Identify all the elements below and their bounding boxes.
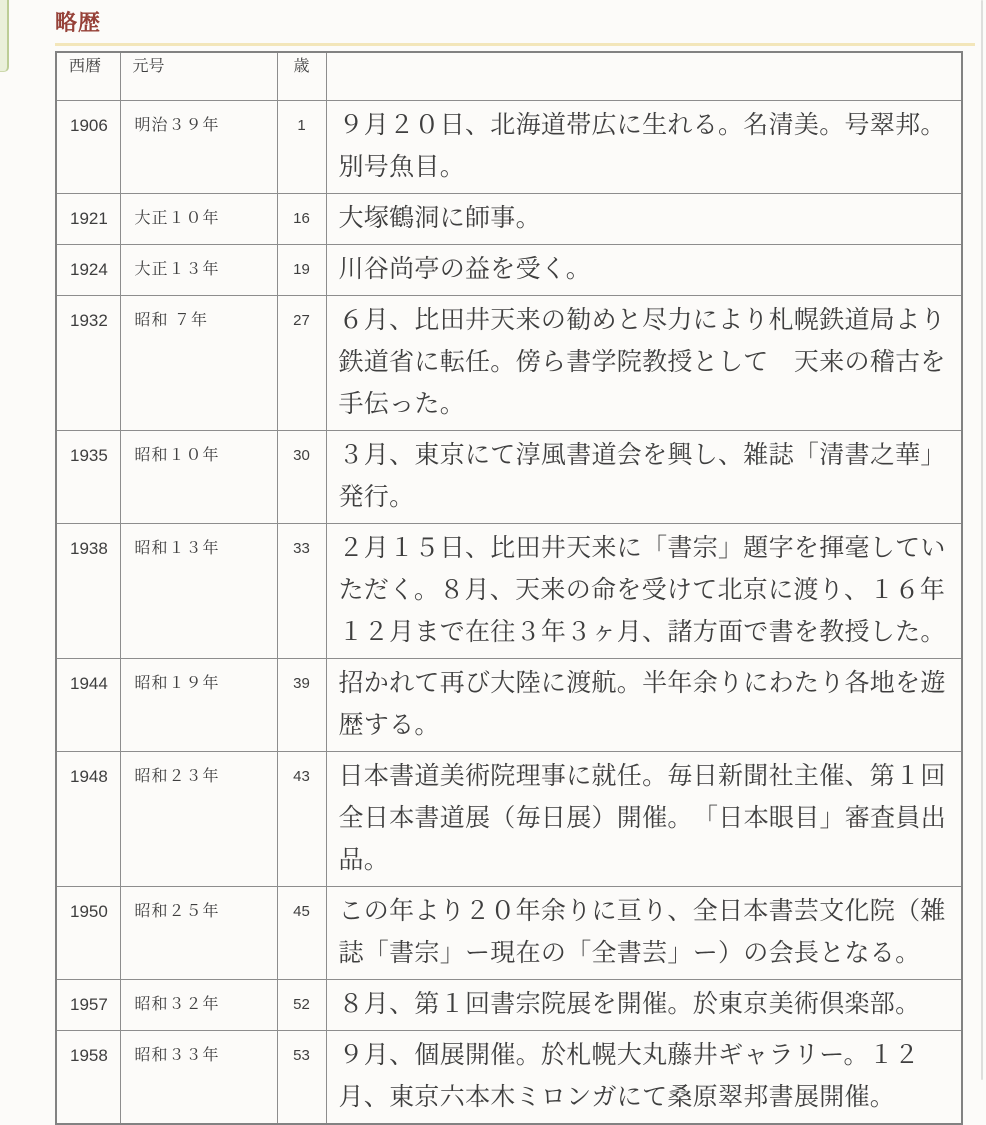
era-column-header: 元号 (120, 52, 277, 100)
age-cell: 53 (277, 1030, 326, 1080)
event-cell: 大塚鶴洞に師事。 (326, 193, 962, 244)
year-cell: 1958 (56, 1030, 120, 1080)
year-cell: 1932 (56, 295, 120, 430)
year-cell: 1957 (56, 979, 120, 1030)
table-row: 1950 昭和２５年 45 この年より２０年余りに亘り、全日本書芸文化院（雑誌「… (56, 886, 962, 979)
event-cell: 招かれて再び大陸に渡航。半年余りにわたり各地を遊歴する。 (326, 658, 962, 751)
event-cell: ３月、東京にて淳風書道会を興し、雑誌「清書之華」発行。 (326, 430, 962, 523)
age-cell: 45 (277, 886, 326, 979)
era-cell: 昭和３２年 (120, 979, 277, 1030)
section-title: 略歴 (55, 10, 975, 36)
era-cell: 昭和２３年 (120, 751, 277, 886)
table-row: 1935 昭和１０年 30 ３月、東京にて淳風書道会を興し、雑誌「清書之華」発行… (56, 430, 962, 523)
age-cell: 30 (277, 430, 326, 523)
header-row: 西暦 元号 歳 (56, 52, 962, 100)
table-row: 1906 明治３９年 1 ９月２０日、北海道帯広に生れる。名清美。号翠邦。別号魚… (56, 100, 962, 193)
biography-table: 西暦 元号 歳 1906 明治３９年 1 ９月２０日、北海道帯広に生れる。名清美… (55, 51, 963, 1080)
age-cell: 1 (277, 100, 326, 193)
table-row: 1958 昭和３３年 53 ９月、個展開催。於札幌大丸藤井ギャラリー。１２月、東… (56, 1030, 962, 1080)
era-cell: 大正１３年 (120, 244, 277, 295)
left-edge-tab (0, 0, 9, 72)
event-cell: ９月２０日、北海道帯広に生れる。名清美。号翠邦。別号魚目。 (326, 100, 962, 193)
age-cell: 16 (277, 193, 326, 244)
year-cell: 1906 (56, 100, 120, 193)
page-edge-line (981, 0, 983, 1080)
event-cell: ２月１５日、比田井天来に「書宗」題字を揮毫していただく。８月、天来の命を受けて北… (326, 523, 962, 658)
year-cell: 1938 (56, 523, 120, 658)
table-row: 1921 大正１０年 16 大塚鶴洞に師事。 (56, 193, 962, 244)
table-row: 1957 昭和３２年 52 ８月、第１回書宗院展を開催。於東京美術倶楽部。 (56, 979, 962, 1030)
age-cell: 33 (277, 523, 326, 658)
biography-section: 略歴 西暦 元号 歳 1906 明治３９年 1 ９月２０日、北海道帯広に生れる。… (55, 10, 975, 1080)
year-cell: 1950 (56, 886, 120, 979)
event-cell: 川谷尚亭の益を受く。 (326, 244, 962, 295)
age-cell: 39 (277, 658, 326, 751)
event-cell: ８月、第１回書宗院展を開催。於東京美術倶楽部。 (326, 979, 962, 1030)
table-row: 1948 昭和２３年 43 日本書道美術院理事に就任。毎日新聞社主催、第１回全日… (56, 751, 962, 886)
era-cell: 明治３９年 (120, 100, 277, 193)
year-cell: 1924 (56, 244, 120, 295)
table-row: 1944 昭和１９年 39 招かれて再び大陸に渡航。半年余りにわたり各地を遊歴す… (56, 658, 962, 751)
era-cell: 昭和１３年 (120, 523, 277, 658)
table-row: 1938 昭和１３年 33 ２月１５日、比田井天来に「書宗」題字を揮毫していただ… (56, 523, 962, 658)
age-cell: 27 (277, 295, 326, 430)
year-cell: 1948 (56, 751, 120, 886)
title-underline-rule (55, 43, 975, 46)
age-column-header: 歳 (277, 52, 326, 100)
era-cell: 昭和３３年 (120, 1030, 277, 1080)
age-cell: 19 (277, 244, 326, 295)
era-cell: 大正１０年 (120, 193, 277, 244)
age-cell: 43 (277, 751, 326, 886)
event-column-header (326, 52, 962, 100)
year-column-header: 西暦 (56, 52, 120, 100)
event-cell: ９月、個展開催。於札幌大丸藤井ギャラリー。１２月、東京六本木ミロンガにて桑原翠邦… (326, 1030, 962, 1080)
table-row: 1932 昭和 ７年 27 ６月、比田井天来の勧めと尽力により札幌鉄道局より鉄道… (56, 295, 962, 430)
year-cell: 1935 (56, 430, 120, 523)
event-cell: ６月、比田井天来の勧めと尽力により札幌鉄道局より鉄道省に転任。傍ら書学院教授とし… (326, 295, 962, 430)
era-cell: 昭和１９年 (120, 658, 277, 751)
age-cell: 52 (277, 979, 326, 1030)
table-row: 1924 大正１３年 19 川谷尚亭の益を受く。 (56, 244, 962, 295)
era-cell: 昭和２５年 (120, 886, 277, 979)
year-cell: 1921 (56, 193, 120, 244)
event-cell: 日本書道美術院理事に就任。毎日新聞社主催、第１回全日本書道展（毎日展）開催。 「… (326, 751, 962, 886)
era-cell: 昭和１０年 (120, 430, 277, 523)
year-cell: 1944 (56, 658, 120, 751)
era-cell: 昭和 ７年 (120, 295, 277, 430)
event-cell: この年より２０年余りに亘り、全日本書芸文化院（雑誌「書宗」ー現在の「全書芸」ー）… (326, 886, 962, 979)
